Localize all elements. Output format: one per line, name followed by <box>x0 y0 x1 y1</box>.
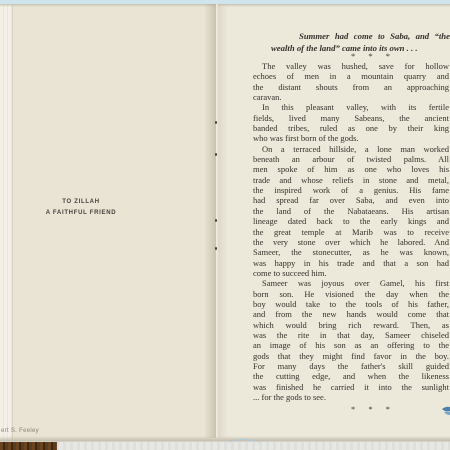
dedication-line-2: A FAITHFUL FRIEND <box>19 208 143 219</box>
text-line: For many days the father's skill guided <box>253 361 449 371</box>
text-line: the cutting edge, and when the likeness <box>253 371 449 381</box>
dedication-line-1: TO ZILLAH <box>19 197 143 208</box>
text-line: caravan. <box>253 92 449 102</box>
text-line: was the rite in that day, Sameer chisele… <box>253 330 449 340</box>
binding-stitch <box>215 153 218 156</box>
text-line: the great temple at Marib was to receive <box>253 227 449 237</box>
text-line: men spoke of him as one who loves his <box>253 164 449 174</box>
text-line: Sameer, the stonecutter, as he was known… <box>253 247 449 257</box>
text-line: In this pleasant valley, with its fertil… <box>253 102 449 112</box>
binding-stitch <box>215 219 218 222</box>
page-gutter <box>204 4 228 438</box>
text-line: trade and whose reliefs in stone and met… <box>253 175 449 185</box>
text-line: gods that they might find favor in the b… <box>253 351 449 361</box>
text-line: the very stone over which he labored. An… <box>253 237 449 247</box>
text-line: which would bring rich reward. Then, as <box>253 320 449 330</box>
text-line: ... for the gods to see. <box>253 392 449 402</box>
asterisk-separator-top: * * * <box>253 51 449 61</box>
text-line: banded tribes, ruled as one by their kin… <box>253 123 449 133</box>
text-line: come to succeed him. <box>253 268 449 278</box>
scan-artifact-arc <box>228 439 260 444</box>
text-line: boy would take to the tools of his fathe… <box>253 299 449 309</box>
text-line: born son. He visioned the day when the <box>253 289 449 299</box>
blue-drawing-icon <box>441 403 450 417</box>
text-line: On a terraced hillside, a lone man worke… <box>253 144 449 154</box>
binding-stitch <box>215 121 218 124</box>
text-line: echoes of men in a mountain quarry and <box>253 71 449 81</box>
text-line: Sameer was joyous over Gamel, his first <box>253 278 449 288</box>
scan-bottom-edge <box>0 441 450 450</box>
book-spread: TO ZILLAH A FAITHFUL FRIEND ert S. Feele… <box>0 0 450 450</box>
text-line: was finished he carried it into the sunl… <box>253 382 449 392</box>
text-line: was happy in his trade and that a son ha… <box>253 258 449 268</box>
credit-text: ert S. Feeley <box>1 428 39 434</box>
asterisk-separator-bottom: * * * <box>253 404 449 414</box>
page-fore-edge <box>0 0 13 442</box>
text-line: had spread far over Saba, and even into <box>253 195 449 205</box>
binding-stitch <box>215 247 218 250</box>
text-line: fields, lived many Sabeans, the ancient <box>253 113 449 123</box>
text-line: lineage dated back to the early kings an… <box>253 216 449 226</box>
book-cover-corner <box>0 442 57 450</box>
text-line: who was first born of the gods. <box>253 133 449 143</box>
text-line: and from the new hands would come that <box>253 309 449 319</box>
text-line: Summer had come to Saba, and “the <box>271 31 450 43</box>
text-line: the distant shouts from an approaching <box>253 82 449 92</box>
left-page <box>12 4 217 438</box>
body-text: The valley was hushed, save for hollowec… <box>253 61 449 402</box>
text-line: beneath an arbour of twisted palms. All <box>253 154 449 164</box>
text-line: The valley was hushed, save for hollow <box>253 61 449 71</box>
text-line: the inspired work of a genius. His fame <box>253 185 449 195</box>
dedication: TO ZILLAH A FAITHFUL FRIEND <box>19 197 143 219</box>
text-line: an image of his son as an offering to th… <box>253 340 449 350</box>
illustration-fragment <box>441 403 450 417</box>
text-line: the land of the Nabataeans. His artisan <box>253 206 449 216</box>
